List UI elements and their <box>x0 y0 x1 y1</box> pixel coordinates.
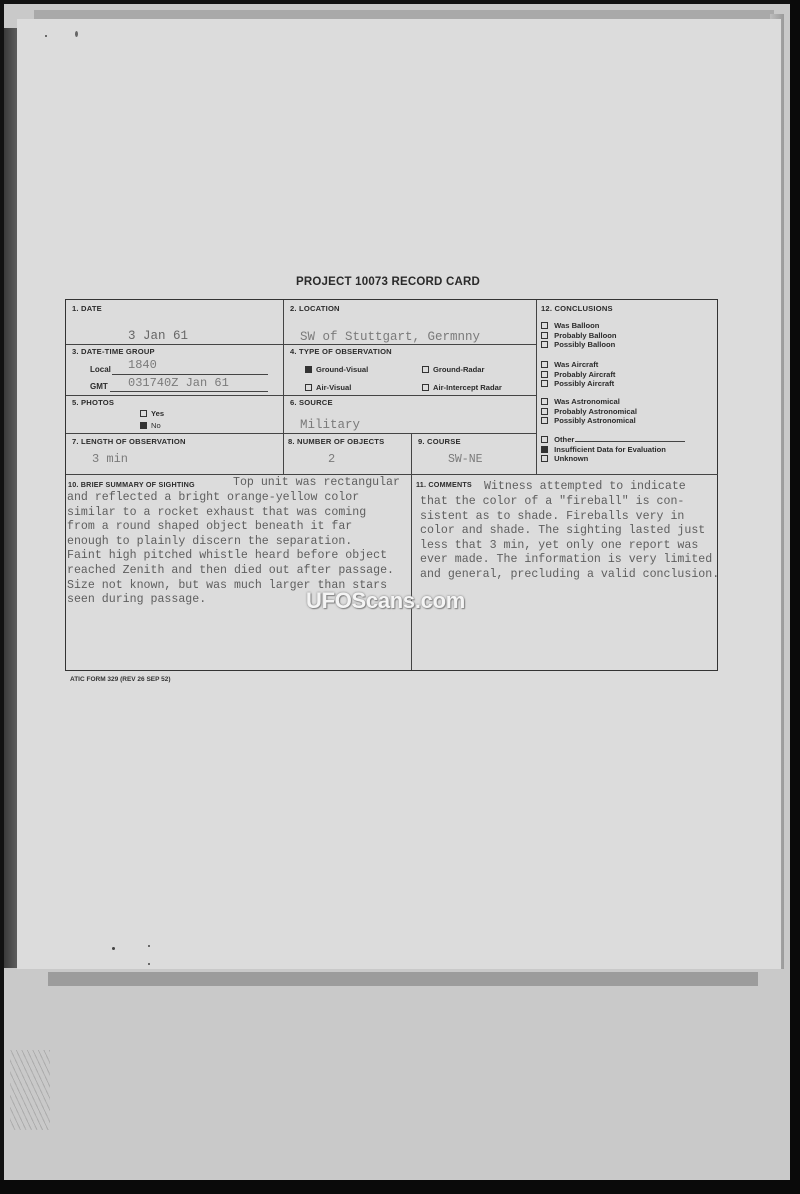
dust-speck <box>112 947 115 950</box>
checkbox-icon <box>541 455 548 462</box>
brief-summary-line: similar to a rocket exhaust that was com… <box>67 506 394 521</box>
film-right-frame <box>790 0 800 1194</box>
checkbox-icon <box>541 361 548 368</box>
comments-line: ever made. The information is very limit… <box>420 553 719 568</box>
date-cell: 1. DATE 3 Jan 61 <box>66 300 284 345</box>
conclusions-cell: 12. CONCLUSIONS Was Balloon Probably Bal… <box>537 300 718 475</box>
checkbox-icon <box>541 322 548 329</box>
number-of-objects-label: 8. NUMBER OF OBJECTS <box>288 437 384 446</box>
checkbox-icon <box>541 436 548 443</box>
date-label: 1. DATE <box>72 304 102 313</box>
dust-speck <box>148 945 150 947</box>
comments-line: sistent as to shade. Fireballs very in <box>420 510 719 525</box>
course-label: 9. COURSE <box>418 437 461 446</box>
option-air-intercept-radar[interactable]: Air-Intercept Radar <box>422 383 502 392</box>
checkbox-icon <box>422 384 429 391</box>
film-bottom-frame <box>0 1180 800 1194</box>
gmt-underline <box>110 391 268 392</box>
other-underline <box>575 441 685 442</box>
checkbox-icon <box>541 408 548 415</box>
checkbox-checked-icon <box>541 446 548 453</box>
dust-speck <box>75 31 78 37</box>
conclusion-group-balloon: Was Balloon Probably Balloon Possibly Ba… <box>541 321 617 350</box>
checkbox-icon <box>541 398 548 405</box>
number-of-objects-value: 2 <box>328 452 335 466</box>
type-of-observation-label: 4. TYPE OF OBSERVATION <box>290 347 392 356</box>
watermark: UFOScans.com <box>306 588 465 614</box>
comments-line: color and shade. The sighting lasted jus… <box>420 524 719 539</box>
date-value: 3 Jan 61 <box>128 329 188 343</box>
brief-summary-first-line: Top unit was rectangular <box>233 476 400 491</box>
length-of-observation-label: 7. LENGTH OF OBSERVATION <box>72 437 186 446</box>
conclusion-was-balloon[interactable]: Was Balloon <box>541 321 617 331</box>
conclusion-group-aircraft: Was Aircraft Probably Aircraft Possibly … <box>541 360 615 389</box>
local-label: Local <box>90 365 111 374</box>
checkbox-icon <box>541 341 548 348</box>
comments-label: 11. COMMENTS <box>416 480 472 489</box>
option-photos-yes[interactable]: Yes <box>140 409 164 418</box>
date-time-group-cell: 3. DATE-TIME GROUP Local 1840 GMT 031740… <box>66 345 284 396</box>
conclusion-unknown[interactable]: Unknown <box>541 454 685 464</box>
number-of-objects-cell: 8. NUMBER OF OBJECTS 2 <box>284 434 412 475</box>
conclusion-was-astronomical[interactable]: Was Astronomical <box>541 397 637 407</box>
conclusion-was-aircraft[interactable]: Was Aircraft <box>541 360 615 370</box>
brief-summary-line: enough to plainly discern the separation… <box>67 535 394 550</box>
conclusion-probably-astronomical[interactable]: Probably Astronomical <box>541 407 637 417</box>
comments-line: that the color of a "fireball" is con- <box>420 495 719 510</box>
brief-summary-line: reached Zenith and then died out after p… <box>67 564 394 579</box>
local-underline <box>112 374 268 375</box>
brief-summary-line: from a round shaped object beneath it fa… <box>67 520 394 535</box>
gmt-value: 031740Z Jan 61 <box>128 376 229 390</box>
photos-label: 5. PHOTOS <box>72 398 114 407</box>
course-cell: 9. COURSE SW-NE <box>412 434 537 475</box>
brief-summary-line: and reflected a bright orange-yellow col… <box>67 491 394 506</box>
checkbox-icon <box>541 332 548 339</box>
location-value: SW of Stuttgart, Germnny <box>300 330 480 344</box>
conclusion-group-astronomical: Was Astronomical Probably Astronomical P… <box>541 397 637 426</box>
card-title: PROJECT 10073 RECORD CARD <box>0 276 776 288</box>
option-ground-radar[interactable]: Ground-Radar <box>422 365 484 374</box>
location-cell: 2. LOCATION SW of Stuttgart, Germnny <box>284 300 537 345</box>
film-scratches <box>10 1050 50 1130</box>
option-ground-visual[interactable]: Ground-Visual <box>305 365 368 374</box>
course-value: SW-NE <box>448 453 483 466</box>
length-of-observation-value: 3 min <box>92 452 128 466</box>
checkbox-icon <box>140 410 147 417</box>
length-of-observation-cell: 7. LENGTH OF OBSERVATION 3 min <box>66 434 284 475</box>
option-air-visual[interactable]: Air-Visual <box>305 383 351 392</box>
page-bottom-shadow <box>48 972 758 986</box>
source-cell: 6. SOURCE Military <box>284 396 537 434</box>
conclusion-possibly-astronomical[interactable]: Possibly Astronomical <box>541 416 637 426</box>
source-value: Military <box>300 418 360 432</box>
local-value: 1840 <box>128 358 157 372</box>
dust-speck <box>45 35 47 37</box>
conclusion-possibly-aircraft[interactable]: Possibly Aircraft <box>541 379 615 389</box>
conclusion-possibly-balloon[interactable]: Possibly Balloon <box>541 340 617 350</box>
comments-line: and general, precluding a valid conclusi… <box>420 568 719 583</box>
option-photos-no[interactable]: No <box>140 421 161 430</box>
comments-cell: 11. COMMENTS Witness attempted to indica… <box>412 475 718 670</box>
form-id: ATIC FORM 329 (REV 26 SEP 52) <box>70 676 171 683</box>
conclusion-probably-aircraft[interactable]: Probably Aircraft <box>541 370 615 380</box>
comments-first-line: Witness attempted to indicate <box>484 480 686 495</box>
date-time-group-label: 3. DATE-TIME GROUP <box>72 347 155 356</box>
checkbox-icon <box>541 417 548 424</box>
gmt-label: GMT <box>90 382 108 391</box>
photos-cell: 5. PHOTOS Yes No <box>66 396 284 434</box>
conclusion-probably-balloon[interactable]: Probably Balloon <box>541 331 617 341</box>
conclusion-group-other: Other Insufficient Data for Evaluation U… <box>541 435 685 464</box>
comments-line: less that 3 min, yet only one report was <box>420 539 719 554</box>
brief-summary-label: 10. BRIEF SUMMARY OF SIGHTING <box>68 480 195 489</box>
checkbox-icon <box>422 366 429 373</box>
source-label: 6. SOURCE <box>290 398 333 407</box>
brief-summary-line: Faint high pitched whistle heard before … <box>67 549 394 564</box>
conclusion-other[interactable]: Other <box>541 435 685 445</box>
type-of-observation-cell: 4. TYPE OF OBSERVATION Ground-Visual Gro… <box>284 345 537 396</box>
checkbox-icon <box>541 371 548 378</box>
checkbox-icon <box>305 384 312 391</box>
conclusion-insufficient-data[interactable]: Insufficient Data for Evaluation <box>541 445 685 455</box>
checkbox-checked-icon <box>305 366 312 373</box>
checkbox-checked-icon <box>140 422 147 429</box>
location-label: 2. LOCATION <box>290 304 340 313</box>
dust-speck <box>148 963 150 965</box>
brief-summary-cell: 10. BRIEF SUMMARY OF SIGHTING Top unit w… <box>66 475 412 670</box>
conclusions-label: 12. CONCLUSIONS <box>541 304 613 313</box>
record-card: 1. DATE 3 Jan 61 2. LOCATION SW of Stutt… <box>65 299 718 671</box>
checkbox-icon <box>541 380 548 387</box>
comments-body: that the color of a "fireball" is con- s… <box>420 495 719 583</box>
